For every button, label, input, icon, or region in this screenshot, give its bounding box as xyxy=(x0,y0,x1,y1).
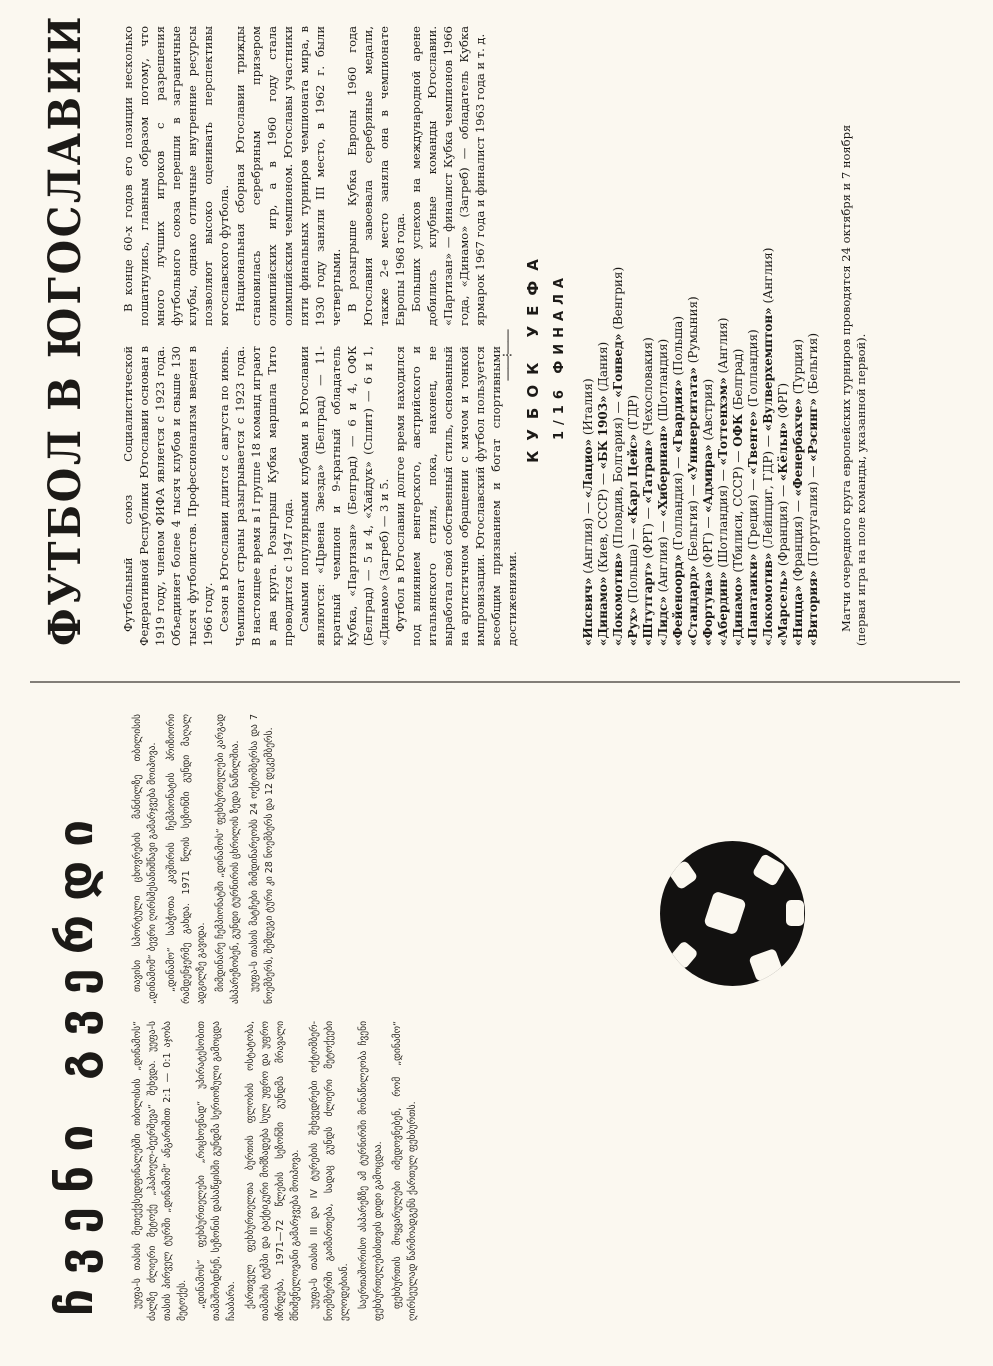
home-team: «Стандард» xyxy=(686,565,700,646)
dash: — xyxy=(806,466,820,478)
georgian-paragraph: „დინამო“ საბჭოთა კავშირის ჩემპიონატის პრ… xyxy=(164,714,209,1004)
georgian-paragraph: ქართველ ფეხბურთელთა ბურთის ფლობის ოსტატო… xyxy=(243,1021,303,1321)
away-team: «Хиберниан» xyxy=(656,425,670,516)
dash: — xyxy=(611,401,625,413)
home-team: «Локомотив» xyxy=(611,553,625,646)
home-team: «Динамо» xyxy=(731,576,745,646)
away-country: (Белград) xyxy=(731,349,745,410)
russian-section: ФУТБОЛ В ЮГОСЛАВИИ Футбольный союз Социа… xyxy=(0,0,993,676)
match-list: «Ипсвич» (Англия) — «Лацио» (Италия)«Дин… xyxy=(581,6,821,646)
fold-line xyxy=(30,681,960,683)
newspaper-sheet: ჩვენი გვერდი უეფა-ს თასის მეთექვსედფინალ… xyxy=(0,0,993,1366)
russian-paragraph: Больших успехов на международной арене д… xyxy=(408,26,488,326)
away-country: (Дания) xyxy=(596,342,610,392)
home-team: «Локомотив» xyxy=(761,553,775,646)
georgian-title: ჩვენი გვერდი xyxy=(48,806,104,1316)
dash: — xyxy=(581,502,595,514)
away-country: (Венгрия) xyxy=(611,267,625,330)
match-row: «Марсель» (Франция) — «Кёльн» (ФРГ) xyxy=(776,6,791,646)
dash: — xyxy=(791,500,805,512)
match-row: «Витория» (Португалия) — «Рэсинг» (Бельг… xyxy=(806,6,821,646)
georgian-paragraph: უეფა-ს თასის III და IV ტურების შეხვედრებ… xyxy=(307,1021,352,1321)
georgian-column-2: თავისი სპორტული ცხოვრების მანძილზე თბილი… xyxy=(130,714,281,1004)
round-title: 1/16 ФИНАЛА xyxy=(552,6,567,706)
away-country: (Шотландия) xyxy=(656,339,670,422)
home-team: «Лидс» xyxy=(656,596,670,646)
home-country: (Шотландия) xyxy=(716,485,730,568)
away-country: (Турция) xyxy=(791,339,805,394)
away-country: (ФРГ) xyxy=(776,383,790,418)
cup-title: КУБОК УЕФА xyxy=(524,6,542,706)
dash: — xyxy=(776,485,790,497)
home-country: (Франция) xyxy=(791,516,805,581)
away-team: «Карл Цейс» xyxy=(626,434,640,524)
away-team: «Фенербахче» xyxy=(791,398,805,496)
away-team: «Кёльн» xyxy=(776,422,790,481)
ornament-divider: ——⁝—— xyxy=(500,6,516,706)
russian-paragraph: Футбольный союз Социалистической Федерат… xyxy=(120,346,216,646)
dash: — xyxy=(716,469,730,481)
dash: — xyxy=(641,507,655,519)
match-row: «Локомотив» (Лейпциг, ГДР) — «Вулверхемп… xyxy=(761,6,776,646)
away-team: «Татран» xyxy=(641,439,655,503)
match-row: «Рух» (Польша) — «Карл Цейс» (ГДР) xyxy=(626,6,641,646)
dash: — xyxy=(731,451,745,463)
russian-paragraph: Национальная сборная Югославии трижды ст… xyxy=(232,26,344,326)
home-team: «Рух» xyxy=(626,607,640,646)
away-team: «БК 1903» xyxy=(596,395,610,469)
away-team: «Гвардия» xyxy=(671,379,685,453)
russian-column-2: В конце 60-х годов его позиции несколько… xyxy=(120,26,488,326)
home-country: (Франция) xyxy=(776,501,790,566)
match-row: «Лидс» (Англия) — «Хиберниан» (Шотландия… xyxy=(656,6,671,646)
georgian-paragraph: საერთაშორისო ასპარეზზე ამ ტურნირში მონაწ… xyxy=(356,1021,386,1321)
match-row: «Штутгарт» (ФРГ) — «Татран» (Чехословаки… xyxy=(641,6,656,646)
away-country: (Австрия) xyxy=(701,379,715,441)
schedule-note: Матчи очередного круга европейских турни… xyxy=(839,86,869,646)
away-team: «Адмира» xyxy=(701,444,715,512)
away-country: (Бельгия) xyxy=(806,333,820,394)
away-country: (Польша) xyxy=(671,316,685,376)
match-row: «Ипсвич» (Англия) — «Лацио» (Италия) xyxy=(581,6,596,646)
dash: — xyxy=(746,479,760,491)
home-team: «Витория» xyxy=(806,570,820,646)
home-country: (Лейпциг, ГДР) xyxy=(761,451,775,549)
georgian-paragraph: უეფა-ს თასის მეთექვსედფინალებში თბილისის… xyxy=(130,1021,190,1321)
match-row: «Ницца» (Франция) — «Фенербахче» (Турция… xyxy=(791,6,806,646)
georgian-column-1: უეფა-ს თასის მეთექვსედფინალებში თბილისის… xyxy=(130,1021,424,1321)
uefa-cup-section: ——⁝—— КУБОК УЕФА 1/16 ФИНАЛА «Ипсвич» (А… xyxy=(500,6,869,646)
home-country: (Англия) xyxy=(581,518,595,574)
home-country: (ФРГ) xyxy=(701,532,715,567)
away-team: «Рэсинг» xyxy=(806,398,820,462)
home-team: «Фейеноорд» xyxy=(671,554,685,646)
match-row: «Локомотив» (Пловдив, Болгария) — «Гонве… xyxy=(611,6,626,646)
dash: — xyxy=(656,521,670,533)
russian-paragraph: В розыгрыше Кубка Европы 1960 года Югосл… xyxy=(344,26,408,326)
home-country: (Бельгия) xyxy=(686,500,700,561)
home-team: «Штутгарт» xyxy=(641,562,655,646)
away-country: (Голландия) xyxy=(746,329,760,407)
home-country: (Португалия) xyxy=(806,481,820,566)
dash: — xyxy=(626,528,640,540)
home-country: (Пловдив, Болгария) xyxy=(611,417,625,549)
home-team: «Абердин» xyxy=(716,572,730,646)
away-team: «Лацио» xyxy=(581,439,595,498)
match-row: «Фейеноорд» (Голландия) — «Гвардия» (Пол… xyxy=(671,6,686,646)
away-team: «Университата» xyxy=(686,367,700,480)
russian-paragraph: В конце 60-х годов его позиции несколько… xyxy=(120,26,232,326)
away-team: «Тоттенхэм» xyxy=(716,377,730,465)
home-team: «Марсель» xyxy=(776,570,790,646)
georgian-paragraph: ფეხბურთის მოყვარულები იმედოვნებენ, რომ „… xyxy=(390,1021,420,1321)
home-team: «Фортуна» xyxy=(701,572,715,646)
home-team: «Динамо» xyxy=(596,576,610,646)
away-country: (Англия) xyxy=(716,318,730,374)
georgian-paragraph: უეფა-ს თასის მატჩები მიმდინარეობს 24 ოქტ… xyxy=(247,714,277,1004)
match-row: «Динамо» (Тбилиси, СССР) — ОФК (Белград) xyxy=(731,6,746,646)
home-country: (Польша) xyxy=(626,544,640,604)
home-country: (Греция) xyxy=(746,494,760,549)
away-team: «Твенте» xyxy=(746,411,760,475)
dash: — xyxy=(596,473,610,485)
georgian-paragraph: მიმდინარე ჩემპიონატში „დინამოს“ ფეხბურთე… xyxy=(213,714,243,1004)
away-country: (Англия) xyxy=(761,248,775,304)
dash: — xyxy=(686,484,700,496)
match-row: «Стандард» (Бельгия) — «Университата» (Р… xyxy=(686,6,701,646)
match-row: «Фортуна» (ФРГ) — «Адмира» (Австрия) xyxy=(701,6,716,646)
home-country: (Англия) xyxy=(656,536,670,592)
match-row: «Динамо» (Киев, СССР) — «БК 1903» (Дания… xyxy=(596,6,611,646)
dash: — xyxy=(761,435,775,447)
home-country: (Голландия) xyxy=(671,473,685,551)
russian-paragraph: Сезон в Югославии длится с августа по ию… xyxy=(216,346,296,646)
away-country: (Румыния) xyxy=(686,296,700,363)
dash: — xyxy=(701,517,715,529)
away-country: (Италия) xyxy=(581,378,595,435)
russian-title: ФУТБОЛ В ЮГОСЛАВИИ xyxy=(40,14,91,646)
russian-column-1: Футбольный союз Социалистической Федерат… xyxy=(120,346,520,646)
russian-paragraph: Самыми популярными клубами в Югославии я… xyxy=(296,346,392,646)
home-country: (Тбилиси, СССР) xyxy=(731,466,745,572)
home-country: (Киев, СССР) xyxy=(596,489,610,573)
football-image xyxy=(660,841,805,986)
away-country: (Чехословакия) xyxy=(641,337,655,435)
away-team: «Вулверхемптон» xyxy=(761,307,775,431)
home-country: (ФРГ) xyxy=(641,523,655,558)
away-country: (ГДР) xyxy=(626,395,640,430)
georgian-section: ჩვენი გვერდი უეფა-ს თასის მეთექვსედფინალ… xyxy=(0,683,993,1366)
away-team: ОФК xyxy=(731,414,745,447)
away-team: «Гонвед» xyxy=(611,334,625,398)
match-row: «Панатаики» (Греция) — «Твенте» (Голланд… xyxy=(746,6,761,646)
georgian-paragraph: „დინამოს“ ფეხბურთელები „რიცხოვნად“ უპირა… xyxy=(194,1021,239,1321)
home-team: «Ницца» xyxy=(791,585,805,646)
home-team: «Ипсвич» xyxy=(581,578,595,646)
georgian-paragraph: თავისი სპორტული ცხოვრების მანძილზე თბილი… xyxy=(130,714,160,1004)
dash: — xyxy=(671,457,685,469)
match-row: «Абердин» (Шотландия) — «Тоттенхэм» (Анг… xyxy=(716,6,731,646)
home-team: «Панатаики» xyxy=(746,554,760,646)
